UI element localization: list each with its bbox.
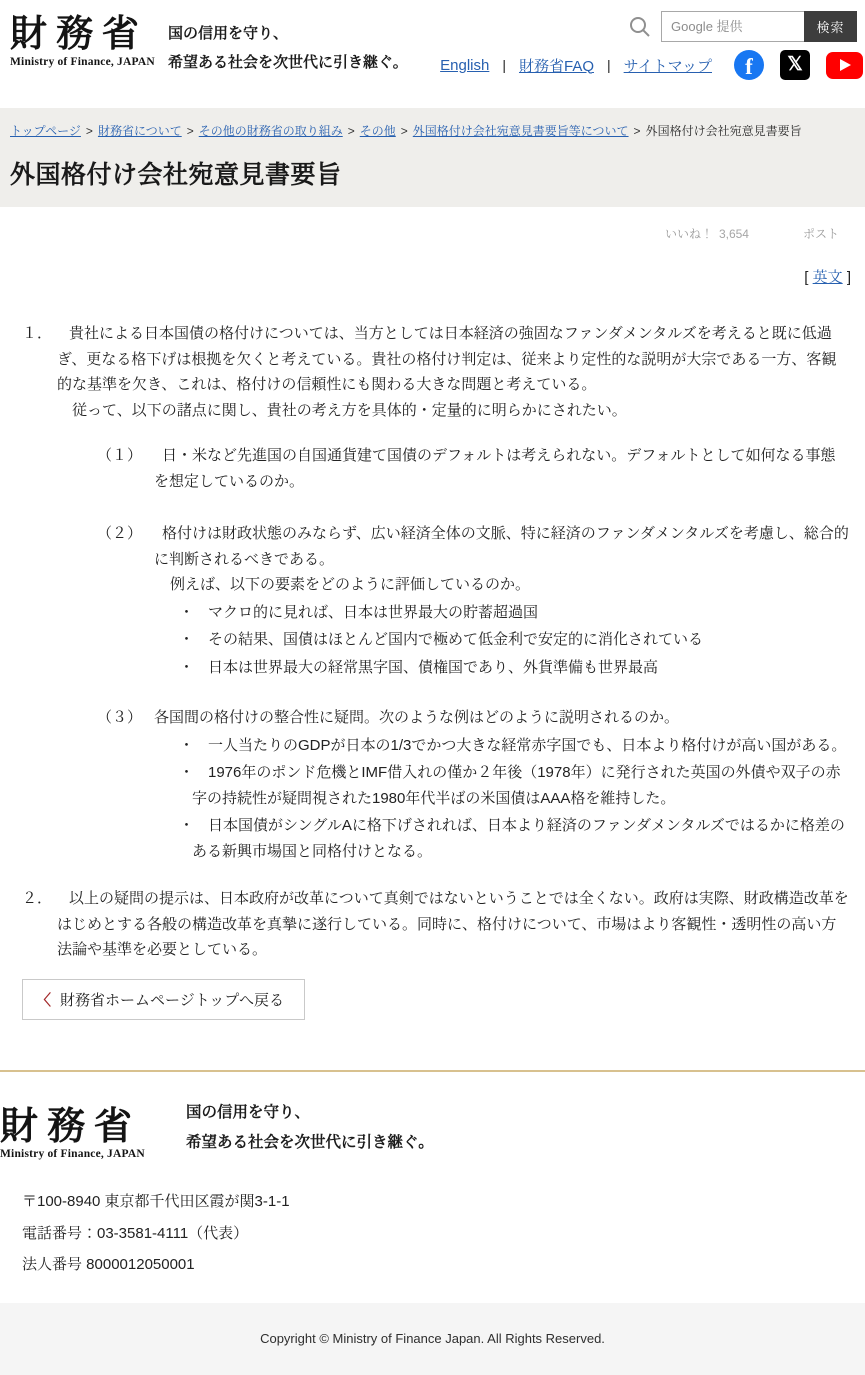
list-item: ・マクロ的に見れば、日本は世界最大の貯蓄超過国 [12, 600, 853, 626]
x-icon[interactable]: 𝕏 [780, 50, 810, 80]
sub-item-2-bullets: ・マクロ的に見れば、日本は世界最大の貯蓄超過国 ・その結果、国債はほとんど国内で… [12, 600, 853, 681]
back-to-top-label: 財務省ホームページトップへ戻る [60, 989, 284, 1010]
breadcrumb-separator: > [348, 124, 355, 138]
list-item: ・日本は世界最大の経常黒字国、債権国であり、外貨準備も世界最高 [12, 655, 853, 681]
bullet-dot: ・ [179, 627, 194, 653]
breadcrumb-current: 外国格付け会社宛意見書要旨 [646, 124, 802, 138]
site-header: 財務省 Ministry of Finance, JAPAN 国の信用を守り、 … [0, 0, 865, 108]
mof-logo-title: 財務省 [10, 16, 155, 55]
footer-tagline-line2: 希望ある社会を次世代に引き継ぐ。 [186, 1128, 434, 1158]
breadcrumb-separator: > [401, 124, 408, 138]
language-link-row: [ 英文 ] [12, 266, 853, 287]
copyright-text: Copyright © Ministry of Finance Japan. A… [260, 1331, 605, 1346]
breadcrumb-separator: > [86, 124, 93, 138]
footer-phone: 電話番号：03-3581-4111（代表） [22, 1218, 865, 1250]
breadcrumb-link-other[interactable]: その他 [360, 124, 396, 138]
list-item: ・その結果、国債はほとんど国内で極めて低金利で安定的に消化されている [12, 627, 853, 653]
breadcrumb-separator: > [187, 124, 194, 138]
list-item: ・一人当たりのGDPが日本の1/3でかつ大きな経常赤字国でも、日本より格付けが高… [12, 733, 853, 759]
youtube-icon[interactable] [826, 52, 863, 79]
list-item: ・1976年のポンド危機とIMF借入れの僅か２年後（1978年）に発行された英国… [12, 760, 853, 811]
bullet-dot: ・ [179, 600, 194, 626]
paragraph-2-text: 以上の疑問の提示は、日本政府が改革について真剣ではないということでは全くない。政… [57, 886, 849, 963]
chevron-left-icon: 〈 [36, 989, 51, 1010]
search-button[interactable]: 検索 [804, 11, 857, 42]
bullet-text: 1976年のポンド危機とIMF借入れの僅か２年後（1978年）に発行された英国の… [192, 764, 841, 807]
bullet-dot: ・ [179, 733, 194, 759]
footer-tagline-line1: 国の信用を守り、 [186, 1098, 434, 1128]
breadcrumb-link-opinions[interactable]: 外国格付け会社宛意見書要旨等について [413, 124, 629, 138]
title-band: トップページ>財務省について>その他の財務省の取り組み>その他>外国格付け会社宛… [0, 108, 865, 207]
bullet-text: 一人当たりのGDPが日本の1/3でかつ大きな経常赤字国でも、日本より格付けが高い… [208, 737, 846, 754]
paragraph-1-text2: 従って、以下の諸点に関し、貴社の考え方を具体的・定量的に明らかにされたい。 [57, 398, 849, 424]
mof-logo[interactable]: 財務省 Ministry of Finance, JAPAN [10, 16, 155, 68]
like-button[interactable]: いいね！ [665, 225, 713, 242]
breadcrumb-separator: > [634, 124, 641, 138]
header-link-sitemap[interactable]: サイトマップ [624, 55, 712, 76]
search-input[interactable] [661, 11, 804, 42]
sub-item-3-bullets: ・一人当たりのGDPが日本の1/3でかつ大きな経常赤字国でも、日本より格付けが高… [12, 733, 853, 865]
sub-item-2-text: 格付けは財政状態のみならず、広い経済全体の文脈、特に経済のファンダメンタルズを考… [154, 521, 849, 572]
header-tagline-line2: 希望ある社会を次世代に引き継ぐ。 [168, 49, 408, 78]
bullet-text: 日本国債がシングルAに格下げされれば、日本より経済のファンダメンタルズではるかに… [192, 817, 845, 860]
main-content: いいね！ 3,654 ポスト [ 英文 ] １． 貴社による日本国債の格付けにつ… [0, 225, 865, 1020]
sub-item-3-number: （３） [97, 705, 142, 731]
footer-postal-address: 〒100-8940 東京都千代田区霞が関3-1-1 [22, 1186, 865, 1218]
bullet-dot: ・ [179, 813, 194, 839]
facebook-icon[interactable]: f [734, 50, 764, 80]
bullet-text: マクロ的に見れば、日本は世界最大の貯蓄超過国 [208, 604, 538, 621]
header-link-faq[interactable]: 財務省FAQ [519, 55, 594, 76]
header-link-english[interactable]: English [440, 57, 489, 74]
social-icons: f 𝕏 [734, 50, 863, 80]
share-row: いいね！ 3,654 ポスト [12, 225, 853, 242]
header-link-separator: | [607, 57, 611, 73]
sub-item-2-number: （２） [97, 521, 142, 547]
site-search: 検索 [628, 11, 857, 42]
header-tagline: 国の信用を守り、 希望ある社会を次世代に引き継ぐ。 [168, 20, 408, 77]
bullet-text: 日本は世界最大の経常黒字国、債権国であり、外貨準備も世界最高 [208, 659, 658, 676]
breadcrumb-link-top[interactable]: トップページ [10, 124, 81, 138]
breadcrumb-link-other-initiatives[interactable]: その他の財務省の取り組み [199, 124, 343, 138]
breadcrumb-link-about[interactable]: 財務省について [98, 124, 182, 138]
footer-corporate-number: 法人番号 8000012050001 [22, 1249, 865, 1281]
header-links-row: English | 財務省FAQ | サイトマップ f 𝕏 [440, 50, 863, 80]
bracket-close: ] [843, 269, 851, 286]
sub-item-2-lead: 例えば、以下の要素をどのように評価しているのか。 [154, 572, 849, 598]
list-item: ・日本国債がシングルAに格下げされれば、日本より経済のファンダメンタルズではるか… [12, 813, 853, 864]
bracket-open: [ [804, 269, 812, 286]
paragraph-1-text: 貴社による日本国債の格付けについては、当方としては日本経済の強固なファンダメンタ… [57, 321, 849, 398]
page-title: 外国格付け会社宛意見書要旨 [10, 155, 855, 191]
sub-item-3-text: 各国間の格付けの整合性に疑問。次のような例はどのように説明されるのか。 [154, 705, 849, 731]
english-version-link[interactable]: 英文 [813, 269, 843, 286]
sub-item-1-text: 日・米など先進国の自国通貨建て国債のデフォルトは考えられない。デフォルトとして如… [154, 443, 849, 494]
paragraph-2: ２． 以上の疑問の提示は、日本政府が改革について真剣ではないということでは全くな… [12, 886, 853, 963]
site-footer: 財務省 Ministry of Finance, JAPAN 国の信用を守り、 … [0, 1070, 865, 1375]
footer-tagline: 国の信用を守り、 希望ある社会を次世代に引き継ぐ。 [186, 1098, 434, 1158]
sub-item-3: （３） 各国間の格付けの整合性に疑問。次のような例はどのように説明されるのか。 [12, 705, 853, 731]
paragraph-2-number: ２． [22, 886, 52, 912]
sub-item-1: （１） 日・米など先進国の自国通貨建て国債のデフォルトは考えられない。デフォルト… [12, 443, 853, 494]
sub-item-1-number: （１） [97, 443, 142, 469]
header-link-separator: | [502, 57, 506, 73]
search-icon [628, 15, 652, 39]
bullet-dot: ・ [179, 760, 194, 786]
back-to-top-button[interactable]: 〈 財務省ホームページトップへ戻る [22, 979, 305, 1020]
header-tagline-line1: 国の信用を守り、 [168, 20, 408, 49]
breadcrumb: トップページ>財務省について>その他の財務省の取り組み>その他>外国格付け会社宛… [10, 122, 855, 139]
sub-item-2: （２） 格付けは財政状態のみならず、広い経済全体の文脈、特に経済のファンダメンタ… [12, 521, 853, 598]
post-button[interactable]: ポスト [803, 225, 839, 242]
footer-address: 〒100-8940 東京都千代田区霞が関3-1-1 電話番号：03-3581-4… [22, 1186, 865, 1281]
bullet-dot: ・ [179, 655, 194, 681]
paragraph-1-number: １． [22, 321, 52, 347]
mof-logo-subtitle: Ministry of Finance, JAPAN [10, 56, 155, 68]
like-count: 3,654 [719, 227, 749, 241]
copyright-bar: Copyright © Ministry of Finance Japan. A… [0, 1303, 865, 1375]
bullet-text: その結果、国債はほとんど国内で極めて低金利で安定的に消化されている [208, 631, 703, 648]
paragraph-1: １． 貴社による日本国債の格付けについては、当方としては日本経済の強固なファンダ… [12, 321, 853, 423]
